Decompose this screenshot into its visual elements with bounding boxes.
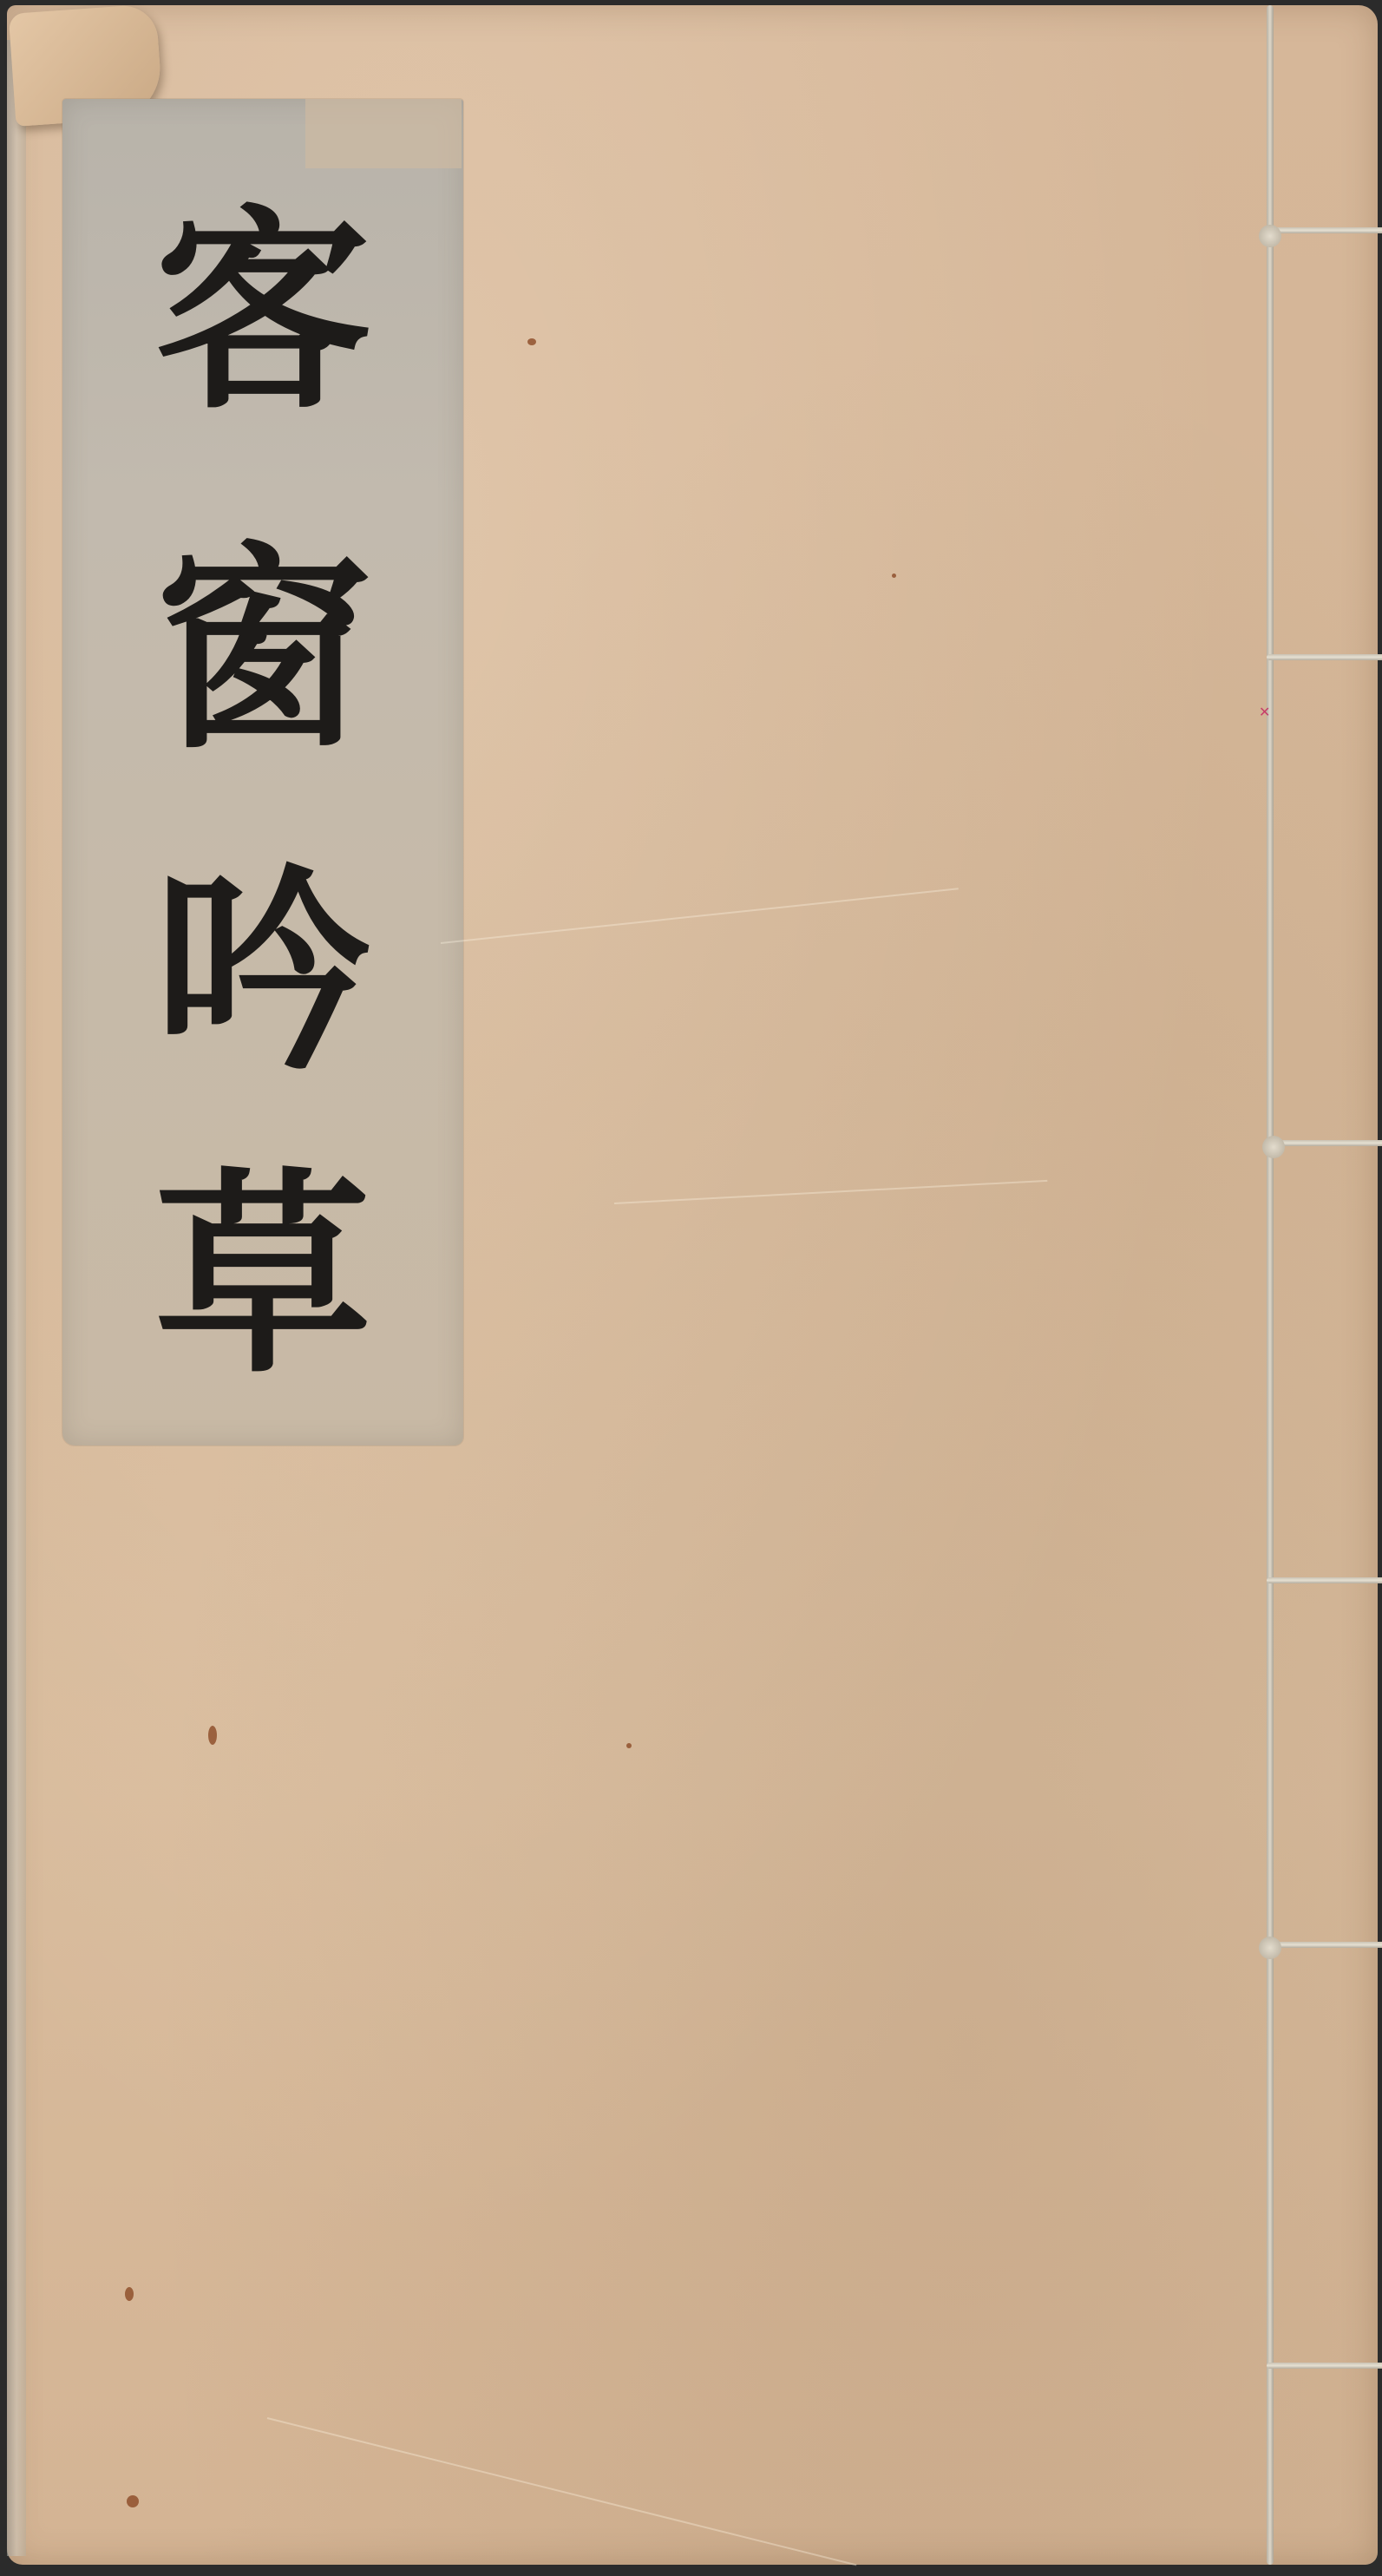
paper-crease	[267, 2417, 857, 2566]
stain-spot	[127, 2495, 139, 2507]
title-char-4: 草	[62, 1166, 463, 1383]
red-ink-mark: ✕	[1259, 704, 1270, 720]
binding-stitch	[1267, 654, 1382, 660]
binding-knot	[1259, 1937, 1281, 1959]
paper-crease	[614, 1180, 1047, 1204]
paper-crease	[441, 888, 959, 944]
stain-spot	[892, 574, 896, 578]
binding-stitch	[1267, 2363, 1382, 2369]
title-label: 客 窗 吟 草	[62, 99, 463, 1445]
title-char-1: 客	[62, 203, 463, 420]
stain-spot	[626, 1743, 632, 1748]
binding-stitch	[1267, 1577, 1382, 1583]
title-char-2: 窗	[62, 541, 463, 758]
binding-thread-vertical	[1267, 5, 1274, 2565]
stain-spot	[527, 338, 536, 345]
stain-spot	[125, 2287, 134, 2301]
stain-spot	[208, 1726, 217, 1745]
page-edges	[7, 40, 26, 2556]
binding-stitch	[1267, 1942, 1382, 1948]
binding-stitch	[1267, 227, 1382, 233]
book-cover: 客 窗 吟 草 ✕	[7, 5, 1378, 2565]
title-char-3: 吟	[62, 862, 463, 1079]
binding-knot	[1259, 225, 1281, 247]
binding-knot	[1262, 1136, 1285, 1158]
